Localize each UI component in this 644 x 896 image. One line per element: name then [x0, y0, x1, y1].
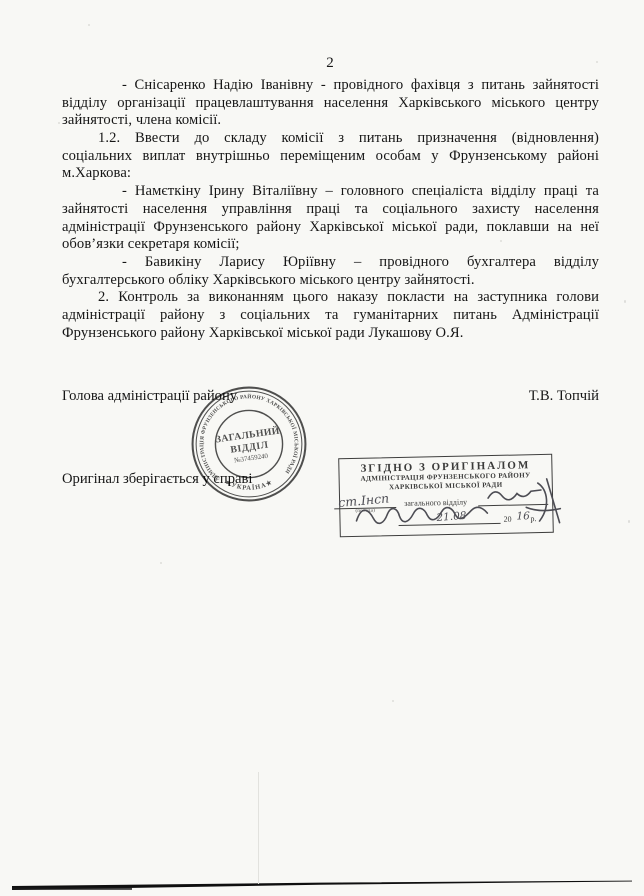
signature-row: Голова адміністрації району Т.В. Топчій	[62, 388, 599, 405]
scan-edge-line	[0, 878, 644, 894]
body-line: 2. Контроль за виконанням цього наказу п…	[62, 289, 599, 307]
body-line: бухгалтерського обліку Харківського місь…	[62, 272, 599, 290]
seal-country-text: ★УКРАЇНА★	[224, 478, 274, 492]
body-line: відділу організації працевлаштування нас…	[62, 95, 599, 113]
scan-speck	[58, 122, 60, 124]
body-line: - Бавикіну Ларису Юріївну – провідного б…	[62, 254, 599, 272]
scan-faint-vertical-line	[258, 772, 259, 884]
scan-speck	[392, 700, 394, 702]
body-line: соціальних виплат внутрішньо переміщеним…	[62, 148, 599, 166]
document-body: - Снісаренко Надію Іванівну - провідного…	[62, 77, 599, 342]
body-line: Фрунзенського району Харківської міської…	[62, 325, 599, 343]
body-line: зайнятості населення управління праці та…	[62, 201, 599, 219]
body-line: м.Харкова:	[62, 165, 599, 183]
body-line: 1.2. Ввести до складу комісії з питань п…	[62, 130, 599, 148]
scan-line-blob	[12, 888, 132, 890]
body-line: адміністрації Фрунзенського району Харкі…	[62, 219, 599, 237]
scanned-document-page: 2 - Снісаренко Надію Іванівну - провідно…	[0, 0, 644, 896]
round-seal-stamp: АДМІНІСТРАЦІЯ ФРУНЗЕНСЬКОГО РАЙОНУ ХАРКІ…	[189, 384, 309, 504]
svg-text:★УКРАЇНА★: ★УКРАЇНА★	[224, 478, 274, 492]
body-line: зайнятості, члена комісії.	[62, 112, 599, 130]
signature-scribble-dept	[488, 490, 541, 500]
signature-scribble-surname	[356, 507, 487, 524]
body-line: адміністрації району з соціальних та гум…	[62, 307, 599, 325]
signer-name: Т.В. Топчій	[529, 388, 599, 405]
body-line: обов’язки секретаря комісії;	[62, 236, 599, 254]
scan-speck	[88, 24, 90, 26]
signature-scribbles	[329, 448, 581, 545]
body-line: - Намєткіну Ірину Віталіївну – головного…	[62, 183, 599, 201]
scan-speck	[624, 300, 626, 303]
certified-copy-stamp: ЗГІДНО З ОРИГІНАЛОМ АДМІНІСТРАЦІЯ ФРУНЗЕ…	[338, 454, 554, 537]
scan-speck	[628, 520, 630, 523]
body-line: - Снісаренко Надію Іванівну - провідного…	[62, 77, 599, 95]
signature-scribble-flourish	[538, 479, 560, 523]
page-number: 2	[0, 55, 644, 72]
scan-speck	[500, 240, 502, 242]
scan-speck	[160, 562, 162, 564]
scan-speck	[596, 61, 598, 63]
